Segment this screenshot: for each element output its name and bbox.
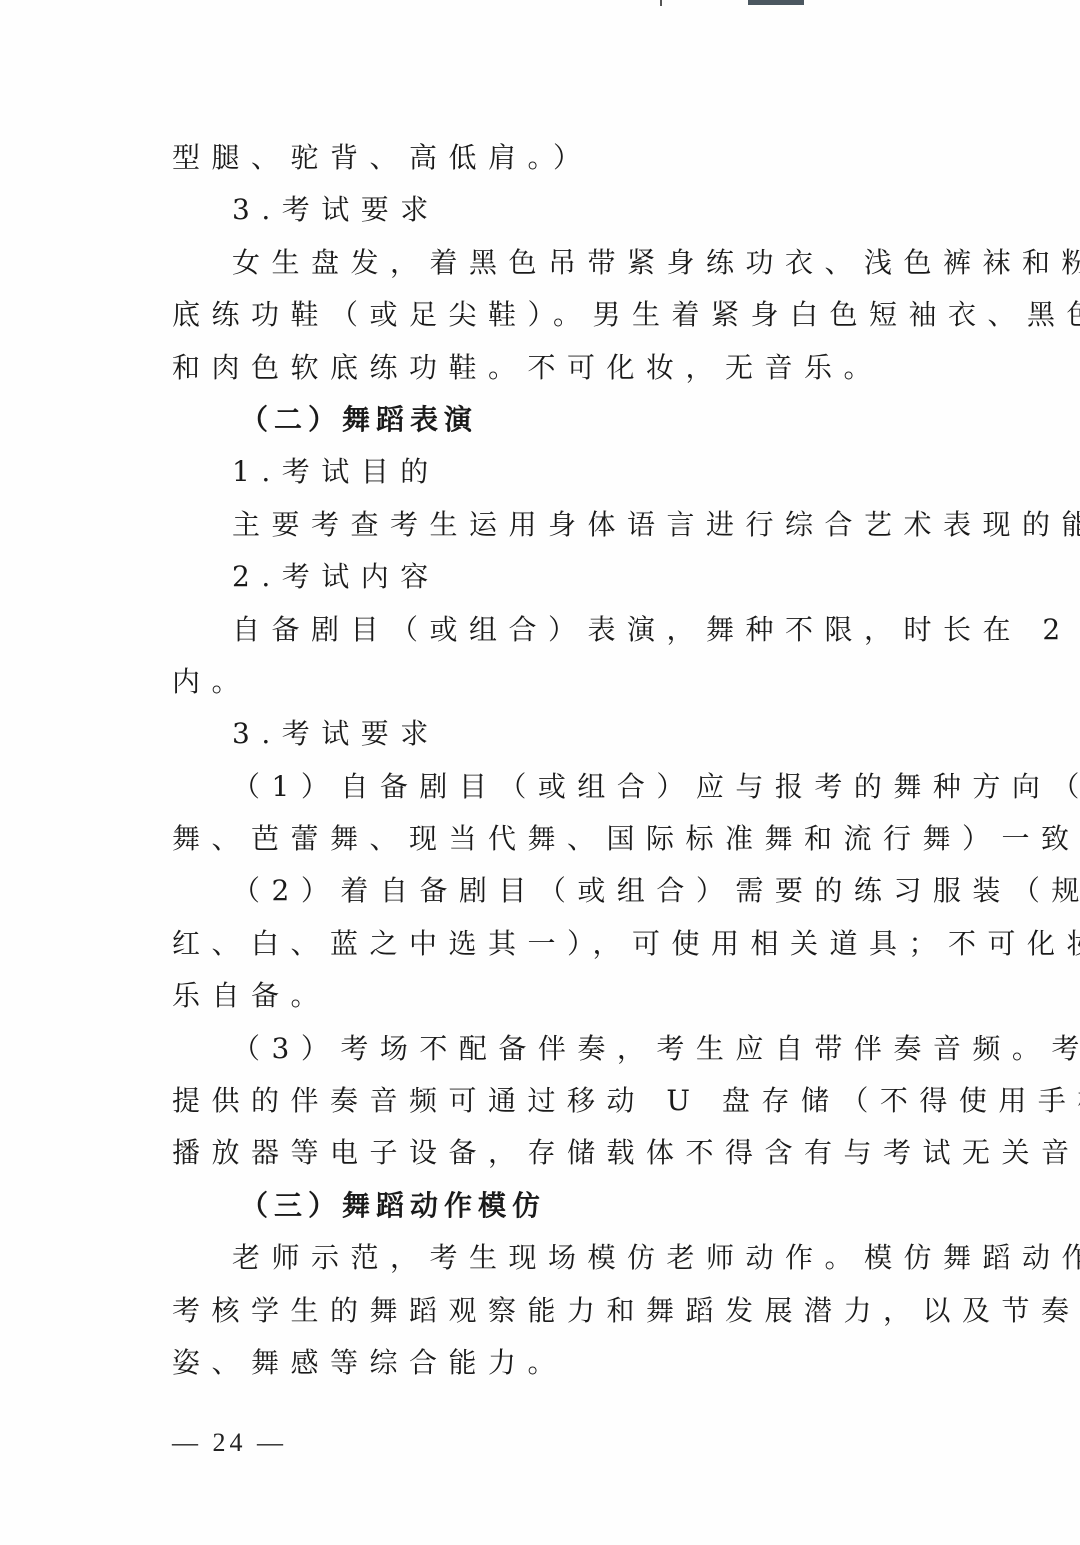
text-line: 自备剧目（或组合）表演，舞种不限，时长在 2 分钟以 [172, 604, 942, 656]
subheading-exam-purpose: 1.考试目的 [172, 446, 942, 498]
text-line: （3）考场不配备伴奏，考生应自带伴奏音频。考生所 [172, 1023, 942, 1075]
text-line: 型腿、驼背、高低肩。） [172, 132, 942, 184]
subheading-exam-requirements: 3.考试要求 [172, 708, 942, 760]
scan-artifact [748, 0, 804, 5]
text-line: 考核学生的舞蹈观察能力和舞蹈发展潜力，以及节奏感、舞 [172, 1285, 942, 1337]
page-number: — 24 — [172, 1428, 287, 1458]
text-line: 姿、舞感等综合能力。 [172, 1337, 942, 1389]
section-heading-dance-performance: （二）舞蹈表演 [172, 394, 942, 446]
text-line: （2）着自备剧目（或组合）需要的练习服装（规定在 [172, 865, 942, 917]
document-page: 型腿、驼背、高低肩。） 3.考试要求 女生盘发，着黑色吊带紧身练功衣、浅色裤袜和… [0, 0, 1080, 1545]
text-line: 乐自备。 [172, 970, 942, 1022]
text-line: 女生盘发，着黑色吊带紧身练功衣、浅色裤袜和粉色软 [172, 237, 942, 289]
text-line: 老师示范，考生现场模仿老师动作。模仿舞蹈动作主要 [172, 1232, 942, 1284]
text-line: 红、白、蓝之中选其一），可使用相关道具；不可化妆，音 [172, 918, 942, 970]
text-line: 和肉色软底练功鞋。不可化妆，无音乐。 [172, 342, 942, 394]
section-heading-dance-imitation: （三）舞蹈动作模仿 [172, 1180, 942, 1232]
text-line: （1）自备剧目（或组合）应与报考的舞种方向（中国 [172, 761, 942, 813]
text-line: 播放器等电子设备，存储载体不得含有与考试无关音响）。 [172, 1127, 942, 1179]
text-line: 底练功鞋（或足尖鞋）。男生着紧身白色短袖衣、黑色短裤 [172, 289, 942, 341]
subheading-exam-content: 2.考试内容 [172, 551, 942, 603]
scan-artifact [660, 0, 662, 6]
text-line: 舞、芭蕾舞、现当代舞、国际标准舞和流行舞）一致。 [172, 813, 942, 865]
text-line: 提供的伴奏音频可通过移动 U 盘存储（不得使用手机、MP3 [172, 1075, 942, 1127]
text-line: 主要考查考生运用身体语言进行综合艺术表现的能力。 [172, 499, 942, 551]
subheading-exam-requirements: 3.考试要求 [172, 184, 942, 236]
text-line: 内。 [172, 656, 942, 708]
document-body: 型腿、驼背、高低肩。） 3.考试要求 女生盘发，着黑色吊带紧身练功衣、浅色裤袜和… [172, 132, 942, 1389]
